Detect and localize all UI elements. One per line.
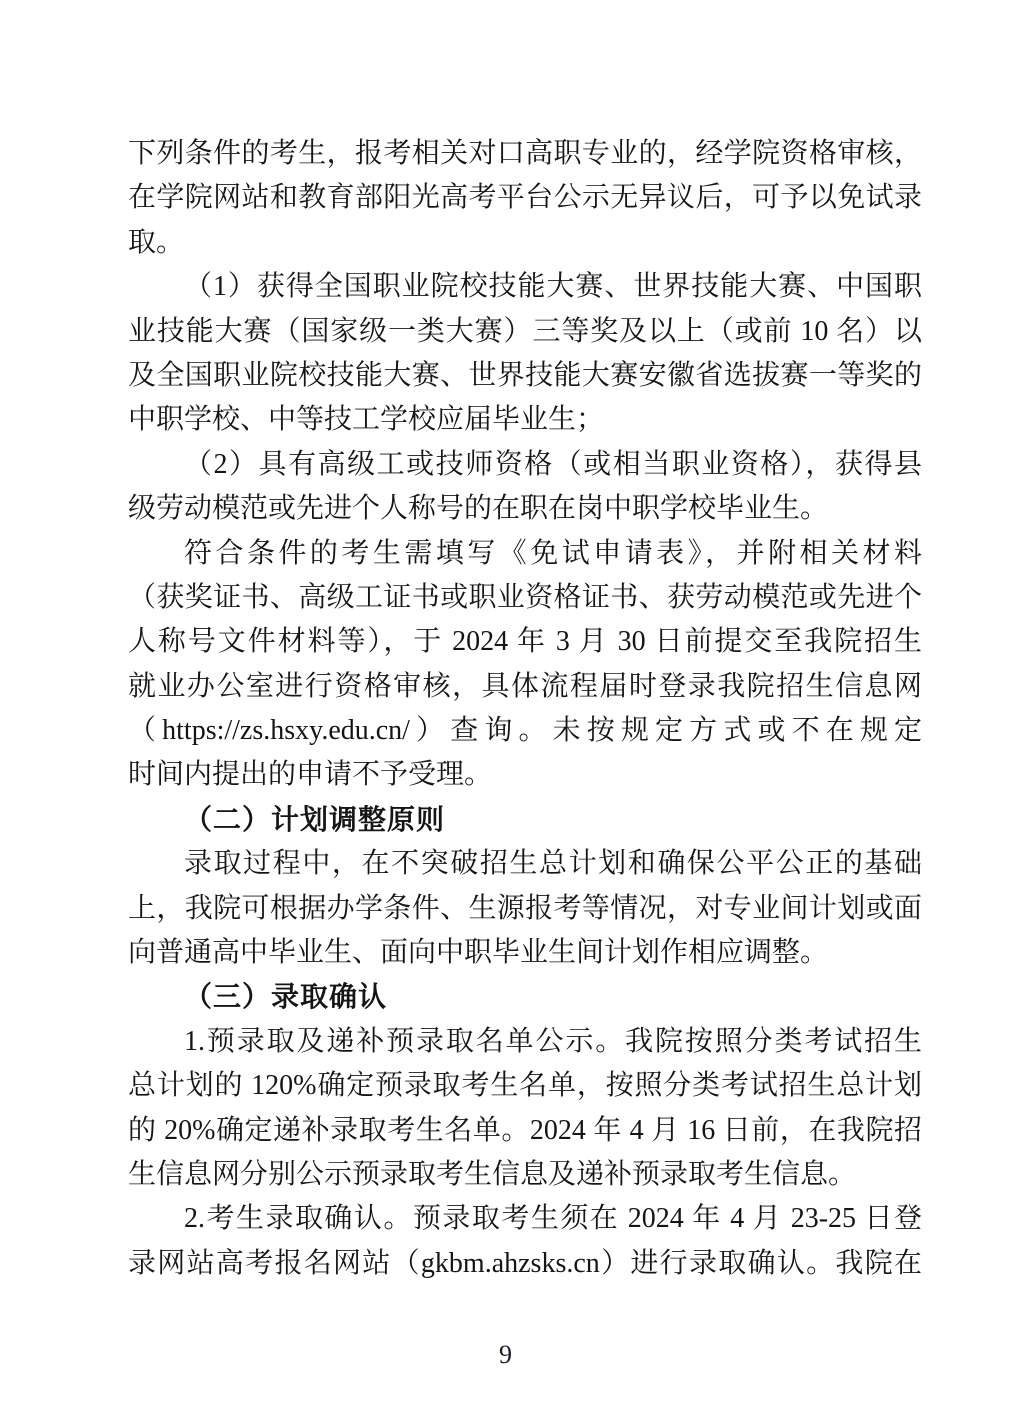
section-heading-line: （二）计划调整原则 <box>128 798 922 842</box>
document-line: 在学院网站和教育部阳光高考平台公示无异议后，可予以免试录 <box>128 176 922 220</box>
document-line: 符合条件的考生需填写《免试申请表》，并附相关材料 <box>128 532 922 576</box>
document-line: （2）具有高级工或技师资格（或相当职业资格），获得县 <box>128 443 922 487</box>
document-line: 录网站高考报名网站（gkbm.ahzsks.cn）进行录取确认。我院在 <box>128 1242 922 1286</box>
document-line: 就业办公室进行资格审核，具体流程届时登录我院招生信息网 <box>128 665 922 709</box>
document-line: 下列条件的考生，报考相关对口高职专业的，经学院资格审核， <box>128 132 922 176</box>
document-line: 上，我院可根据办学条件、生源报考等情况，对专业间计划或面 <box>128 887 922 931</box>
document-body: 下列条件的考生，报考相关对口高职专业的，经学院资格审核，在学院网站和教育部阳光高… <box>128 132 922 1286</box>
page-number: 9 <box>0 1340 1011 1370</box>
document-line: 录取过程中，在不突破招生总计划和确保公平公正的基础 <box>128 842 922 886</box>
document-line: 的 20%确定递补录取考生名单。2024 年 4 月 16 日前，在我院招 <box>128 1109 922 1153</box>
document-line: 时间内提出的申请不予受理。 <box>128 753 922 797</box>
document-line: 及全国职业院校技能大赛、世界技能大赛安徽省选拔赛一等奖的 <box>128 354 922 398</box>
document-line: 人称号文件材料等），于 2024 年 3 月 30 日前提交至我院招生 <box>128 620 922 664</box>
document-line: 生信息网分别公示预录取考生信息及递补预录取考生信息。 <box>128 1153 922 1197</box>
document-line: 总计划的 120%确定预录取考生名单，按照分类考试招生总计划 <box>128 1064 922 1108</box>
document-line: 级劳动模范或先进个人称号的在职在岗中职学校毕业生。 <box>128 487 922 531</box>
section-heading-line: （三）录取确认 <box>128 975 922 1019</box>
document-line: 业技能大赛（国家级一类大赛）三等奖及以上（或前 10 名）以 <box>128 310 922 354</box>
document-line: 2.考生录取确认。预录取考生须在 2024 年 4 月 23-25 日登 <box>128 1197 922 1241</box>
document-line: （1）获得全国职业院校技能大赛、世界技能大赛、中国职 <box>128 265 922 309</box>
document-line: （https://zs.hsxy.edu.cn/）查询。未按规定方式或不在规定 <box>128 709 922 753</box>
document-line: 取。 <box>128 221 922 265</box>
document-line: 中职学校、中等技工学校应届毕业生； <box>128 398 922 442</box>
document-line: （获奖证书、高级工证书或职业资格证书、获劳动模范或先进个 <box>128 576 922 620</box>
document-line: 向普通高中毕业生、面向中职毕业生间计划作相应调整。 <box>128 931 922 975</box>
document-line: 1.预录取及递补预录取名单公示。我院按照分类考试招生 <box>128 1020 922 1064</box>
